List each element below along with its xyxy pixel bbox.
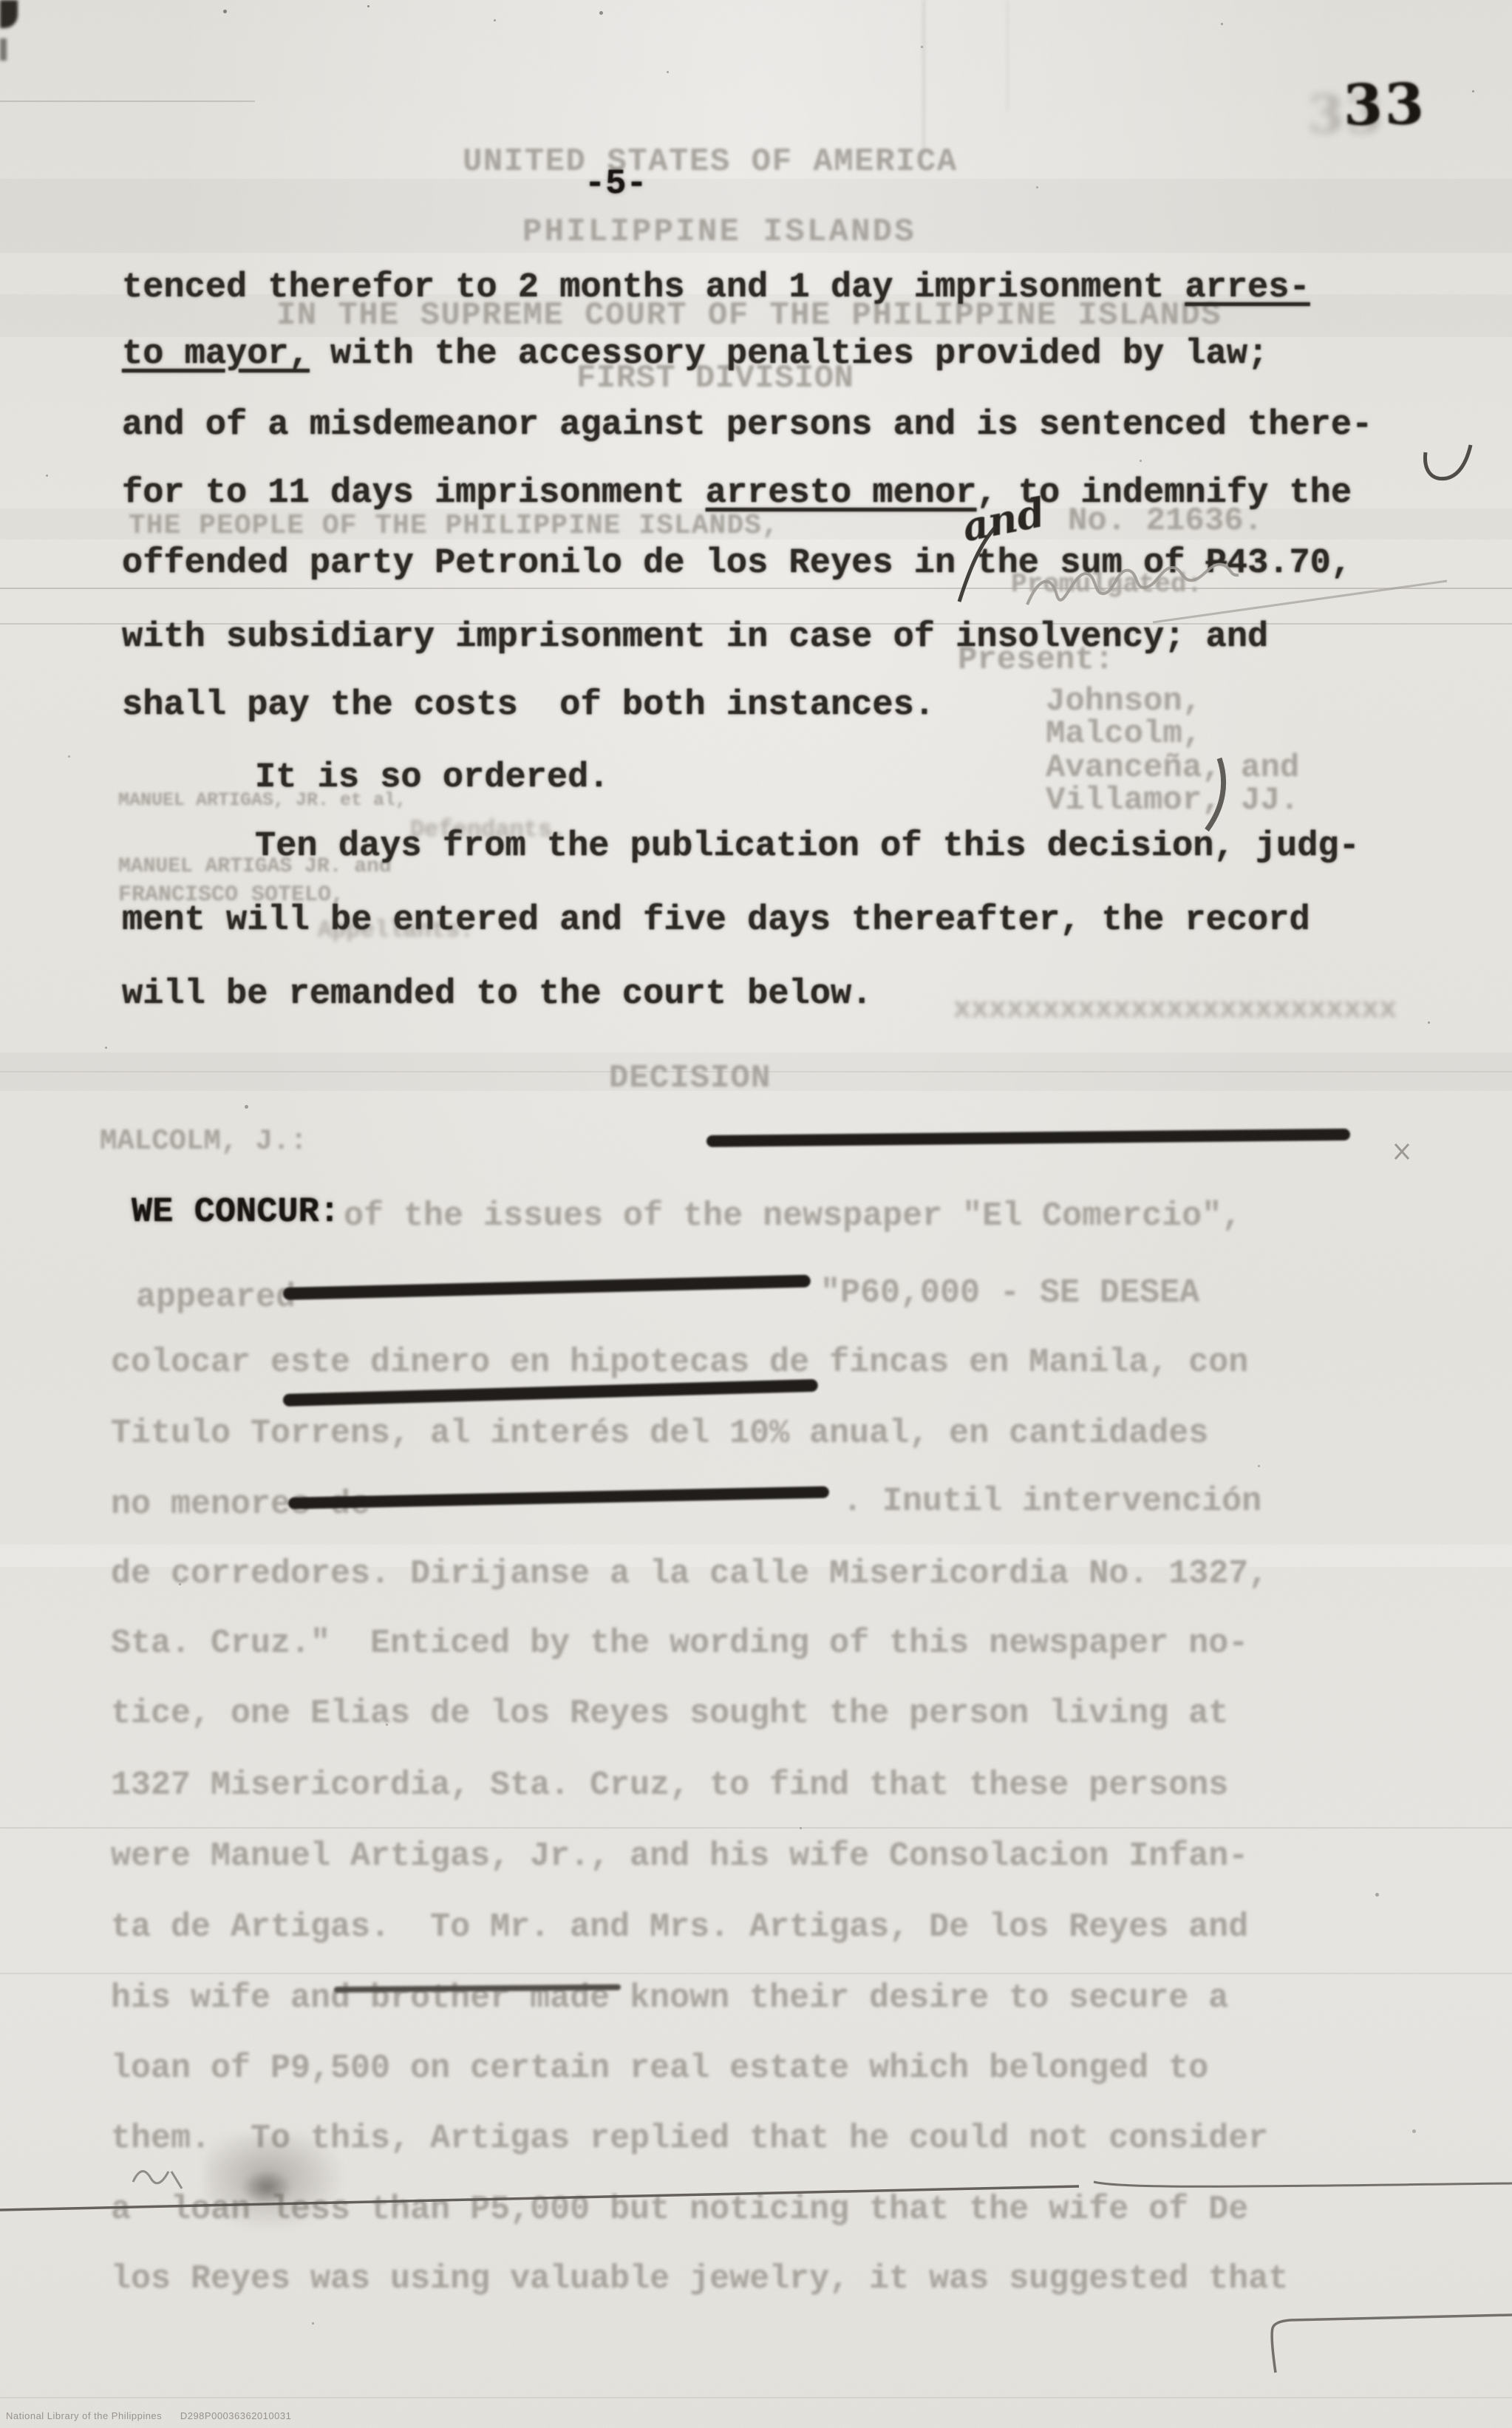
corner-bracket-mark	[1272, 2315, 1512, 2373]
check-hook-mark	[1426, 445, 1471, 479]
ghost-line: 1327 Misericordia, Sta. Cruz, to find th…	[111, 1768, 1228, 1803]
typed-line: shall pay the costs of both instances.	[122, 687, 935, 725]
corner-blot	[0, 0, 18, 28]
ghost-line: "P60,000 - SE DESEA	[820, 1276, 1199, 1310]
scan-streak	[922, 0, 925, 155]
ghost-line: tice, one Elias de los Reyes sought the …	[111, 1696, 1228, 1731]
ghost-line: DECISION	[609, 1061, 771, 1095]
ink-strike-bar	[283, 1275, 811, 1300]
ghost-line: los Reyes was using valuable jewelry, it…	[111, 2262, 1288, 2296]
scan-streak	[1007, 0, 1009, 111]
ghost-line: Avanceña, and	[1046, 751, 1299, 785]
typed-line: WE CONCUR:	[132, 1194, 340, 1232]
ghost-line: Titulo Torrens, al interés del 10% anual…	[111, 1416, 1208, 1451]
scan-hairline	[0, 588, 1512, 589]
ink-strike-bar	[283, 1379, 818, 1407]
ghost-line: ta de Artigas. To Mr. and Mrs. Artigas, …	[111, 1910, 1248, 1945]
ghost-line: de corredores. Dirijanse a la calle Mise…	[111, 1557, 1268, 1591]
ghost-line: Villamor, JJ.	[1046, 783, 1299, 817]
scan-hairline	[0, 1973, 1512, 1974]
ghost-line: Sta. Cruz." Enticed by the wording of th…	[111, 1626, 1248, 1661]
ghost-line: PHILIPPINE ISLANDS	[522, 215, 916, 249]
ghost-line: his wife and brother made known their de…	[111, 1981, 1228, 2016]
typed-line: to mayor, with the accessory penalties p…	[122, 336, 1268, 374]
typed-line: offended party Petronilo de los Reyes in…	[122, 545, 1352, 583]
typed-line: with subsidiary imprisonment in case of …	[122, 619, 1268, 657]
ghost-line: of the issues of the newspaper "El Comer…	[344, 1199, 1242, 1234]
ghost-line: . Inutil intervención	[842, 1484, 1261, 1519]
ghost-line: colocar este dinero en hipotecas de finc…	[111, 1345, 1248, 1380]
watermark: National Library of the Philippines D298…	[6, 2411, 291, 2421]
scan-hairline	[0, 101, 255, 102]
ghost-line: UNITED STATES OF AMERICA	[463, 145, 958, 179]
ghost-line: appeared	[136, 1280, 296, 1315]
scanned-document-page: UNITED STATES OF AMERICAPHILIPPINE ISLAN…	[0, 0, 1512, 2428]
ink-strike-bar	[706, 1129, 1350, 1147]
long-pen-line2	[1094, 2182, 1512, 2186]
ghost-line: were Manuel Artigas, Jr., and his wife C…	[111, 1839, 1248, 1874]
ghost-line: xxxxxxxxxxxxxxxxxxxxxxxxx	[953, 995, 1397, 1026]
ghost-line: Johnson,	[1046, 684, 1202, 718]
tiny-script-mark	[133, 2172, 182, 2189]
typed-line: ment will be entered and five days there…	[122, 902, 1310, 940]
ghost-line: loan of P9,500 on certain real estate wh…	[111, 2051, 1208, 2086]
typed-line: tenced therefor to 2 months and 1 day im…	[122, 270, 1310, 307]
edge-blot	[0, 38, 7, 61]
ghost-line: THE PEOPLE OF THE PHILIPPINE ISLANDS,	[129, 511, 780, 541]
page-stamp: 33	[1343, 76, 1426, 134]
typed-line: for to 11 days imprisonment arresto meno…	[122, 475, 1352, 513]
typed-line: It is so ordered.	[255, 760, 609, 798]
ghost-line: a loan less than P5,000 but noticing tha…	[111, 2192, 1248, 2227]
scan-hairline	[0, 2397, 1512, 2398]
small-x-mark	[1395, 1144, 1409, 1159]
ghost-line: Malcolm,	[1046, 717, 1202, 751]
typed-line: Ten days from the publication of this de…	[255, 829, 1360, 866]
dust-specks	[0, 0, 2, 2]
typed-line: and of a misdemeanor against persons and…	[122, 407, 1372, 445]
ghost-line: MALCOLM, J.:	[100, 1126, 307, 1157]
typed-line: -5-	[585, 166, 647, 204]
ghost-line: them. To this, Artigas replied that he c…	[111, 2121, 1268, 2156]
typed-line: will be remanded to the court below.	[122, 976, 872, 1014]
scan-hairline	[0, 1827, 1512, 1829]
